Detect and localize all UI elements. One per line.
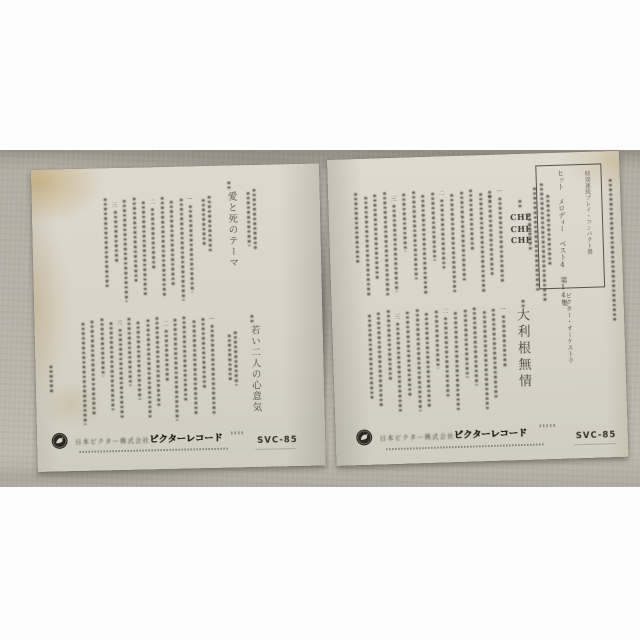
lyrics-column-blur: [202, 199, 206, 247]
lyrics-column-blur: [483, 311, 489, 409]
lyrics-column-blur: [364, 197, 370, 297]
song-title-wakai-futari: 若い二人の心意気: [247, 325, 263, 419]
lyrics-column-blur: [100, 318, 104, 376]
catalog-underline: [255, 448, 295, 450]
lyrics-column-blur: [502, 315, 507, 368]
lyrics-column-blur: [114, 211, 118, 264]
lyrics-column-blur: [160, 197, 165, 297]
label-credit-row-left: 日本ビクター株式会社 ビクターレコード SVC-85: [47, 422, 310, 464]
nipper-victor-logo-icon: [51, 432, 68, 449]
verse-number: 三: [390, 194, 396, 203]
verse-number: 一: [500, 304, 506, 313]
lyrics-column-blur: [393, 205, 399, 292]
verse-number: 一: [496, 187, 502, 196]
legal-text-blur: [79, 448, 229, 454]
album-title: ヒット メロディー ベスト4 第14集: [554, 170, 568, 284]
verse-number: 三: [116, 318, 122, 327]
verse-number: 二: [149, 197, 155, 206]
lyrics-column-blur: [454, 312, 460, 410]
lyrics-column-blur: [109, 322, 114, 410]
verse-number: 二: [162, 319, 168, 328]
photo-canvas: 愛と死のテーマ 若い二人の心意気 日本ビクター株式会社 ビクターレコード SVC…: [0, 0, 640, 640]
song-title-otone-mujo: 大利根無情: [512, 308, 534, 407]
lyrics-column-blur: [201, 318, 206, 388]
lyrics-column-blur: [142, 201, 147, 295]
lyrics-column-blur: [234, 331, 238, 385]
lyrics-column-blur: [354, 193, 359, 263]
lyrics-column-blur: [104, 198, 109, 288]
lyrics-column-blur: [165, 330, 169, 383]
lyrics-column-blur: [123, 200, 128, 302]
lyrics-column-blur: [189, 205, 194, 292]
lyrics-column-blur: [609, 179, 616, 321]
lyrics-column-blur: [228, 335, 232, 381]
lyrics-column-blur: [247, 192, 251, 246]
verse-number: 一: [208, 314, 214, 323]
lyrics-column-blur: [211, 325, 216, 416]
lyrics-column-blur: [498, 198, 504, 283]
lyrics-column-blur: [49, 366, 53, 394]
lyrics-column-blur: [463, 310, 468, 378]
lyrics-column-blur: [518, 200, 521, 209]
catalog-underline: [574, 443, 616, 445]
victor-records-logotype: ビクターレコード: [149, 430, 223, 445]
lyrics-column-blur: [387, 310, 392, 380]
lyrics-column-blur: [367, 315, 373, 399]
lyrics-column-blur: [441, 199, 446, 268]
company-name: 日本ビクター株式会社: [75, 435, 150, 446]
lyrics-column-blur: [137, 322, 142, 400]
lyrics-column-blur: [521, 300, 524, 309]
lyrics-column-blur: [415, 309, 421, 411]
label-credit-row-right: 日本ビクター株式会社 ビクターレコード SVC-85: [351, 417, 618, 461]
verse-number: 二: [438, 188, 444, 197]
verse-number: 二: [442, 306, 448, 315]
album-title-box: 特別連続プレイ・コンパクト盤 ヒット メロディー ベスト4 第14集: [535, 163, 605, 289]
lyrics-column-blur: [155, 317, 160, 407]
lyrics-column-blur: [146, 319, 151, 417]
lyrics-column-blur: [397, 323, 403, 412]
lyrics-column-blur: [450, 194, 456, 292]
verse-number: 三: [112, 200, 118, 209]
lyrics-column-blur: [179, 199, 184, 301]
lyrics-column-blur: [406, 312, 412, 398]
artist-name: ビクター・オーケストラ: [563, 292, 574, 366]
series-label: 特別連続プレイ・コンパクト盤: [582, 171, 594, 283]
nipper-victor-logo-icon: [355, 429, 373, 447]
victor-records-logotype: ビクターレコード: [453, 425, 527, 441]
lyrics-column-blur: [377, 312, 383, 406]
lyrics-column-blur: [252, 189, 256, 249]
lyrics-column-blur: [460, 192, 466, 282]
lyrics-column-blur: [435, 311, 440, 369]
lyrics-column-blur: [479, 193, 485, 293]
legal-text-blur: [386, 443, 544, 450]
lyrics-column-blur: [444, 317, 449, 396]
lyrics-column-blur: [183, 317, 188, 401]
lyrics-column-blur: [488, 195, 491, 201]
lyrics-column-blur: [425, 313, 431, 409]
verse-number: 三: [394, 312, 400, 321]
lyrics-column-blur: [421, 195, 427, 295]
lyrics-column-blur: [250, 315, 253, 324]
lyrics-column-blur: [473, 307, 478, 385]
lyrics-column-blur: [227, 181, 230, 190]
lyrics-column-blur: [488, 191, 494, 275]
lyrics-column-blur: [174, 319, 179, 421]
lyrics-column-blur: [151, 208, 155, 269]
lyrics-column-blur: [431, 193, 436, 261]
lyrics-column-blur: [402, 194, 407, 252]
lyrics-column-blur: [383, 192, 389, 296]
catalog-number: SVC-85: [576, 430, 617, 441]
company-name: 日本ビクター株式会社: [380, 431, 455, 442]
lyrics-column-blur: [192, 320, 197, 414]
lyrics-column-blur: [492, 309, 498, 399]
lyrics-column-blur: [208, 196, 212, 252]
lyrics-column-blur: [170, 201, 175, 287]
catalog-number: SVC-85: [257, 435, 298, 446]
lyrics-column-blur: [412, 191, 418, 279]
lyrics-column-blur: [373, 194, 379, 280]
lyrics-column-blur: [469, 189, 474, 251]
lyrics-column-blur: [91, 321, 96, 417]
song-title-ai-to-shi-no-theme: 愛と死のテーマ: [224, 191, 240, 275]
print-code-blur: [539, 424, 555, 428]
insert-page-right: 特別連続プレイ・コンパクト盤 ヒット メロディー ベスト4 第14集 ビクター・…: [327, 151, 628, 466]
verse-number: 一: [187, 194, 193, 203]
lyrics-column-blur: [119, 329, 124, 420]
lyrics-column-blur: [82, 323, 87, 425]
lyrics-column-blur: [128, 318, 133, 386]
insert-page-left: 愛と死のテーマ 若い二人の心意気 日本ビクター株式会社 ビクターレコード SVC…: [31, 163, 326, 471]
print-code-blur: [231, 431, 245, 434]
lyrics-column-blur: [132, 198, 137, 282]
